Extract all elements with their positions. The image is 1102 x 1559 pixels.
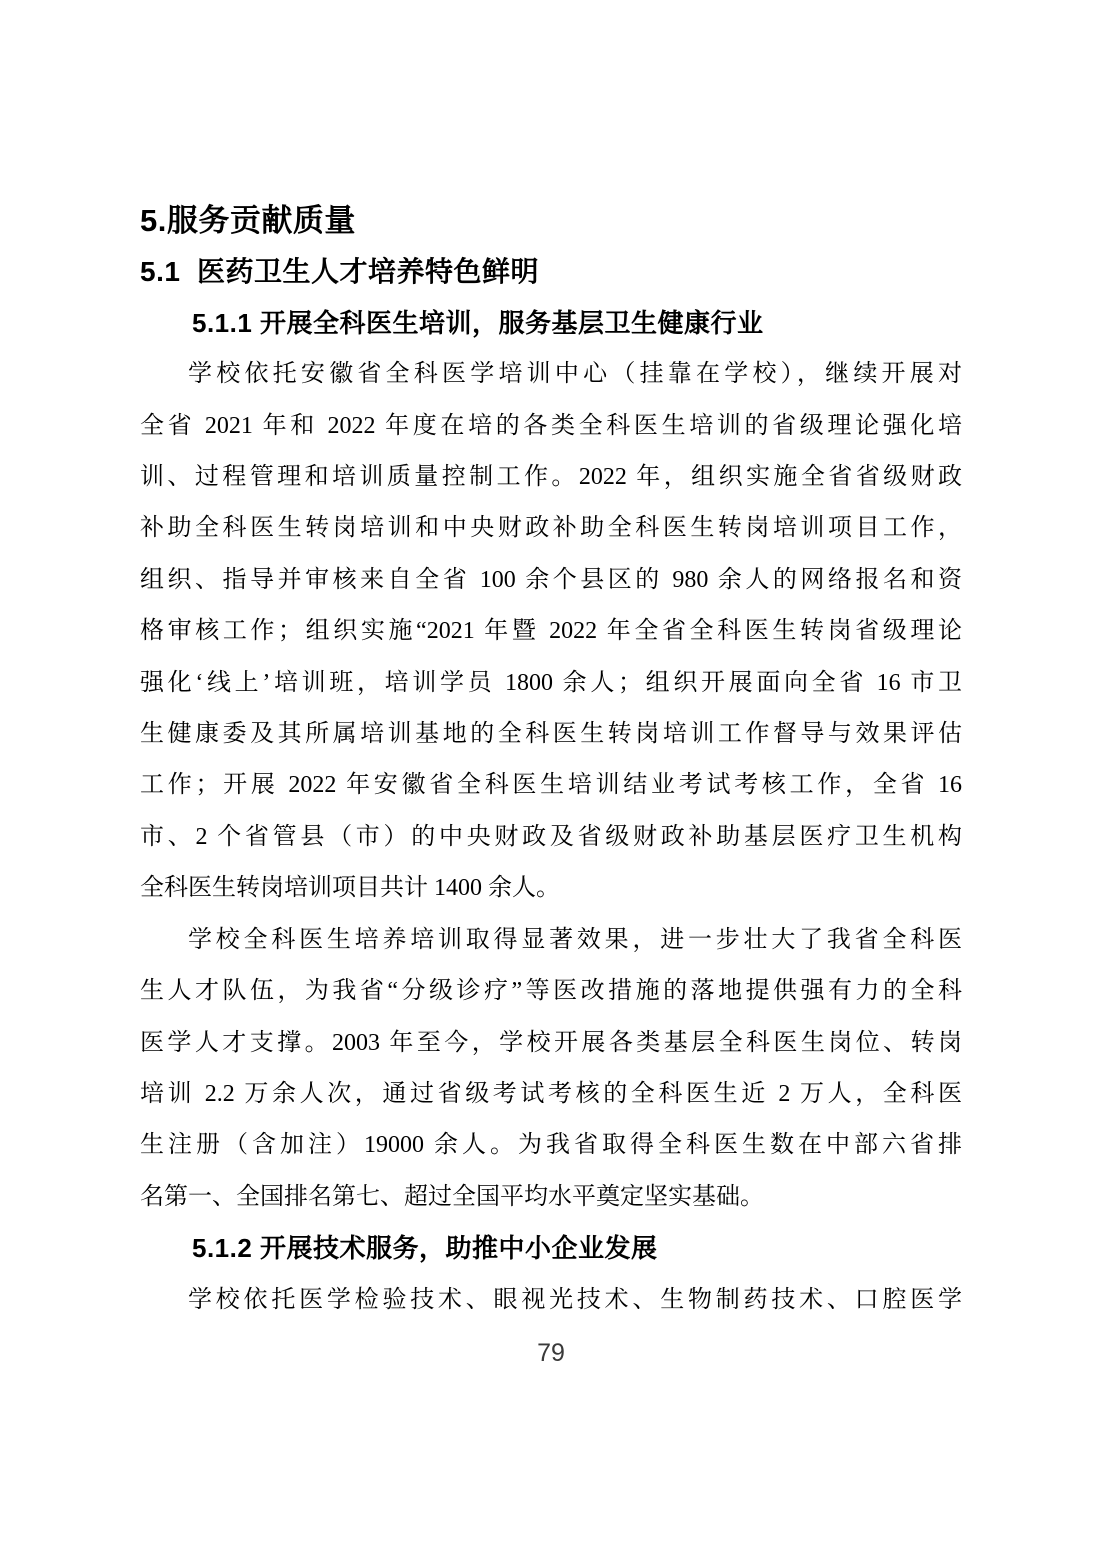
- text-line: 生健康委及其所属培训基地的全科医生转岗培训工作督导与效果评估: [140, 709, 962, 760]
- paragraph-2: 学校全科医生培养培训取得显著效果，进一步壮大了我省全科医 生人才队伍，为我省“分…: [140, 915, 962, 1223]
- text-line: 学校全科医生培养培训取得显著效果，进一步壮大了我省全科医: [140, 915, 962, 966]
- text-line: 培训 2.2 万余人次，通过省级考试考核的全科医生近 2 万人，全科医: [140, 1069, 962, 1120]
- text-line: 补助全科医生转岗培训和中央财政补助全科医生转岗培训项目工作，: [140, 503, 962, 554]
- text-line: 工作；开展 2022 年安徽省全科医生培训结业考试考核工作，全省 16: [140, 760, 962, 811]
- text-line: 生注册（含加注）19000 余人。为我省取得全科医生数在中部六省排: [140, 1120, 962, 1171]
- text-line: 全科医生转岗培训项目共计 1400 余人。: [140, 863, 962, 914]
- subsection-heading: 5.1 医药卫生人才培养特色鲜明: [140, 246, 962, 297]
- text-line: 名第一、全国排名第七、超过全国平均水平奠定坚实基础。: [140, 1172, 962, 1223]
- document-page: 5.服务贡献质量 5.1 医药卫生人才培养特色鲜明 5.1.1 开展全科医生培训…: [0, 0, 1102, 1559]
- text-line: 学校依托安徽省全科医学培训中心（挂靠在学校），继续开展对: [140, 349, 962, 400]
- paragraph-3: 学校依托医学检验技术、眼视光技术、生物制药技术、口腔医学: [140, 1275, 962, 1326]
- text-line: 强化‘线上’培训班，培训学员 1800 余人；组织开展面向全省 16 市卫: [140, 658, 962, 709]
- subsubsection-heading-511: 5.1.1 开展全科医生培训，服务基层卫生健康行业: [140, 298, 962, 349]
- text-line: 学校依托医学检验技术、眼视光技术、生物制药技术、口腔医学: [140, 1275, 962, 1326]
- text-line: 组织、指导并审核来自全省 100 余个县区的 980 余人的网络报名和资: [140, 555, 962, 606]
- text-line: 医学人才支撑。2003 年至今，学校开展各类基层全科医生岗位、转岗: [140, 1018, 962, 1069]
- paragraph-1: 学校依托安徽省全科医学培训中心（挂靠在学校），继续开展对 全省 2021 年和 …: [140, 349, 962, 914]
- text-line: 生人才队伍，为我省“分级诊疗”等医改措施的落地提供强有力的全科: [140, 966, 962, 1017]
- subsubsection-heading-512: 5.1.2 开展技术服务，助推中小企业发展: [140, 1223, 962, 1274]
- text-line: 全省 2021 年和 2022 年度在培的各类全科医生培训的省级理论强化培: [140, 401, 962, 452]
- text-line: 格审核工作；组织实施“2021 年暨 2022 年全省全科医生转岗省级理论: [140, 606, 962, 657]
- text-line: 市、2 个省管县（市）的中央财政及省级财政补助基层医疗卫生机构: [140, 812, 962, 863]
- page-number: 79: [140, 1333, 962, 1373]
- text-line: 训、过程管理和培训质量控制工作。2022 年，组织实施全省省级财政: [140, 452, 962, 503]
- section-heading: 5.服务贡献质量: [140, 195, 962, 246]
